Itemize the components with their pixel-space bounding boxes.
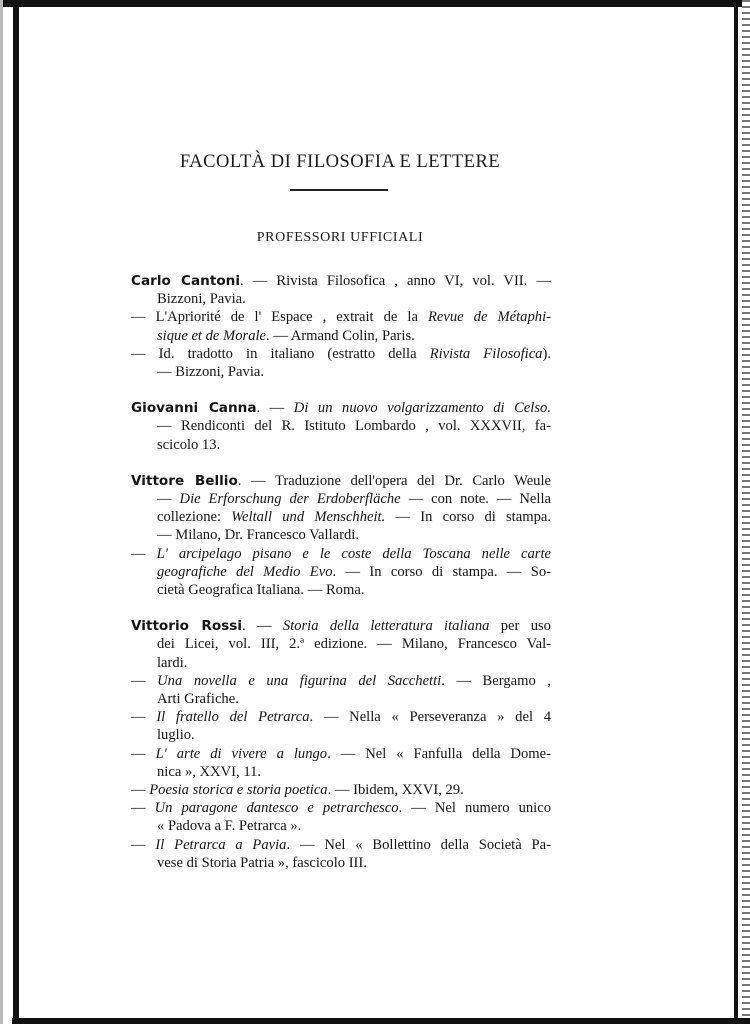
entry-line: — Rendiconti del R. Istituto Lombardo , … — [131, 417, 551, 435]
entry-line: — Poesia storica e storia poetica. — Ibi… — [131, 781, 551, 799]
title-divider — [290, 189, 388, 191]
entry-line: Arti Grafiche. — [131, 690, 551, 708]
bibliography-entry: Carlo Cantoni. — Rivista Filosofica , an… — [131, 272, 551, 381]
entry-line: scicolo 13. — [131, 436, 551, 454]
entry-line: — Il fratello del Petrarca. — Nella « Pe… — [131, 708, 551, 726]
entry-line: — Milano, Dr. Francesco Vallardi. — [131, 526, 551, 544]
entry-line: — L'Apriorité de l' Espace , extrait de … — [131, 308, 551, 326]
entry-line: Carlo Cantoni. — Rivista Filosofica , an… — [131, 272, 551, 290]
entry-line: vese di Storia Patria », fascicolo III. — [131, 854, 551, 872]
entry-line: — L' arte di vivere a lungo. — Nel « Fan… — [131, 745, 551, 763]
author-name: Vittorio Rossi — [131, 618, 242, 634]
entry-line: — Il Petrarca a Pavia. — Nel « Bollettin… — [131, 836, 551, 854]
entry-line: Bizzoni, Pavia. — [131, 290, 551, 308]
author-name: Giovanni Canna — [131, 400, 257, 416]
entry-line: Vittore Bellio. — Traduzione dell'opera … — [131, 472, 551, 490]
entry-line: nica », XXVI, 11. — [131, 763, 551, 781]
entry-line: lardi. — [131, 654, 551, 672]
bibliography-list: Carlo Cantoni. — Rivista Filosofica , an… — [131, 272, 551, 890]
section-heading: PROFESSORI UFFICIALI — [0, 230, 680, 246]
entry-line: — L' arcipelago pisano e le coste della … — [131, 545, 551, 563]
bibliography-entry: Giovanni Canna. — Di un nuovo volgarizza… — [131, 399, 551, 454]
entry-line: luglio. — [131, 726, 551, 744]
entry-line: — Id. tradotto in italiano (estratto del… — [131, 345, 551, 363]
entry-line: — Die Erforschung der Erdoberfläche — co… — [131, 490, 551, 508]
entry-line: Vittorio Rossi. — Storia della letteratu… — [131, 617, 551, 635]
author-name: Vittore Bellio — [131, 473, 238, 489]
bibliography-entry: Vittore Bellio. — Traduzione dell'opera … — [131, 472, 551, 599]
bibliography-entry: Vittorio Rossi. — Storia della letteratu… — [131, 617, 551, 872]
entry-line: sique et de Morale. — Armand Colin, Pari… — [131, 327, 551, 345]
entry-line: Giovanni Canna. — Di un nuovo volgarizza… — [131, 399, 551, 417]
entry-line: — Una novella e una figurina del Sacchet… — [131, 672, 551, 690]
entry-line: geografiche del Medio Evo. — In corso di… — [131, 563, 551, 581]
author-name: Carlo Cantoni — [131, 273, 240, 289]
entry-line: collezione: Weltall und Menschheit. — In… — [131, 508, 551, 526]
page-title: FACOLTÀ DI FILOSOFIA E LETTERE — [0, 152, 680, 173]
entry-line: dei Licei, vol. III, 2.ª edizione. — Mil… — [131, 635, 551, 653]
entry-line: — Bizzoni, Pavia. — [131, 363, 551, 381]
entry-line: cietà Geografica Italiana. — Roma. — [131, 581, 551, 599]
entry-line: — Un paragone dantesco e petrarchesco. —… — [131, 799, 551, 817]
book-page: FACOLTÀ DI FILOSOFIA E LETTERE PROFESSOR… — [0, 0, 750, 1024]
entry-line: « Padova a F. Petrarca ». — [131, 817, 551, 835]
